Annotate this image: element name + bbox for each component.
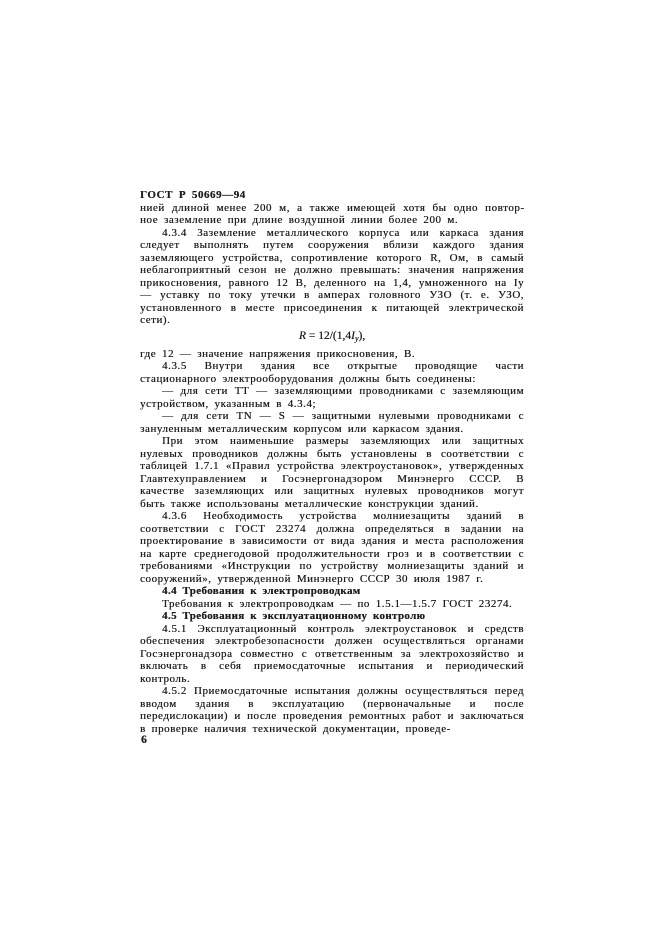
paragraph-4-3-4: 4.3.4 Заземление металлического корпуса … <box>140 227 524 327</box>
running-head: ГОСТ Р 50669—94 <box>140 189 524 202</box>
formula-close: ), <box>358 330 365 342</box>
list-item-network-tn-s: — для сети TN — S — защитными нулевыми п… <box>140 410 524 435</box>
list-item-network-tt: — для сети ТТ — заземляющими проводникам… <box>140 385 524 410</box>
paragraph-4-5-1: 4.5.1 Эксплуатационный контроль электроу… <box>140 623 524 686</box>
paragraph-formula-legend: где 12 — значение напряжения прикосновен… <box>140 348 524 361</box>
text-block: ГОСТ Р 50669—94 нией длиной менее 200 м,… <box>140 189 524 735</box>
paragraph-4-3-6: 4.3.6 Необходимость устройства молниезащ… <box>140 510 524 585</box>
paragraph-4-5-2: 4.5.2 Приемосдаточные испытания должны о… <box>140 685 524 735</box>
formula-variable-r: R <box>299 330 306 342</box>
document-page: ГОСТ Р 50669—94 нией длиной менее 200 м,… <box>0 0 661 935</box>
paragraph-wiring-requirements: Требования к электропроводкам — по 1.5.1… <box>140 598 524 611</box>
paragraph-continuation: нией длиной менее 200 м, а также имеющей… <box>140 202 524 227</box>
formula-touch-voltage: R = 12/(1,4Iу), <box>140 329 524 346</box>
paragraph-conductor-sizes: При этом наименьшие размеры заземляющих … <box>140 435 524 510</box>
section-heading-4-5: 4.5 Требования к эксплуатационному контр… <box>140 610 524 623</box>
paragraph-4-3-5: 4.3.5 Внутри здания все открытые проводя… <box>140 360 524 385</box>
formula-operator: = 12/(1,4 <box>306 330 351 342</box>
section-heading-4-4: 4.4 Требования к электропроводкам <box>140 585 524 598</box>
page-number: 6 <box>141 734 147 746</box>
